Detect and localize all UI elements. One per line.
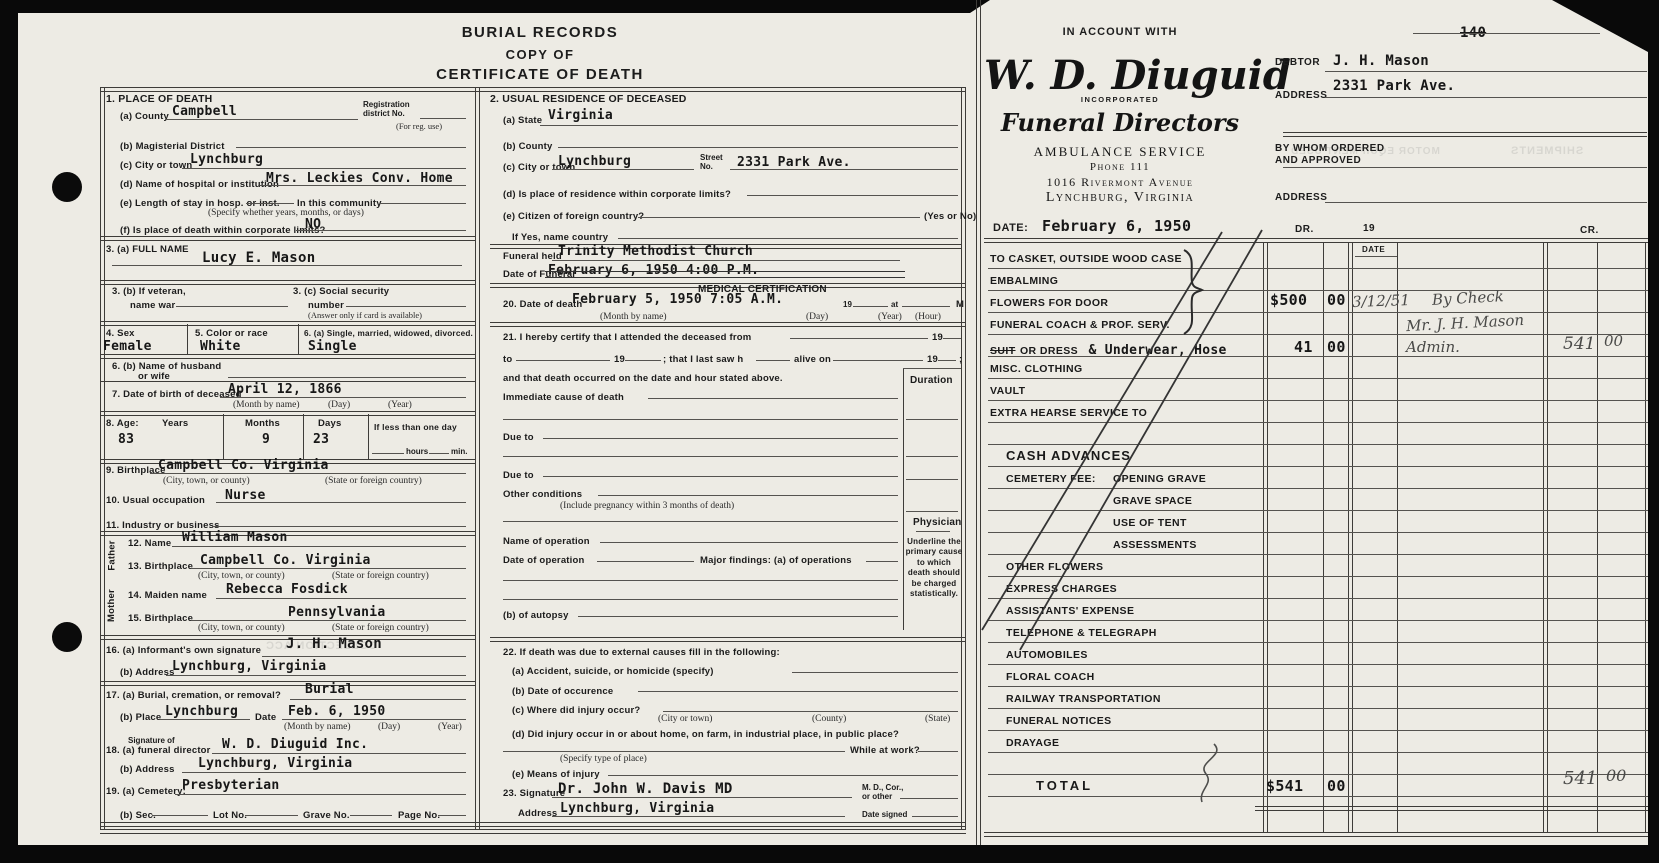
dob-label: 7. Date of birth of deceased [112,389,242,400]
rule [350,815,392,816]
item-assessments: ASSESSMENTS [1113,539,1197,551]
phone-label: Phone 111 [984,161,1256,173]
rule [223,414,224,459]
rule [578,616,898,617]
county-label: (a) County [120,111,169,122]
rule [150,473,466,474]
rule [903,368,904,630]
item-drayage: DRAYAGE [1006,737,1059,749]
physician-note: Underline the primary cause to which dea… [905,537,963,599]
item-use-of-tent: USE OF TENT [1113,517,1187,529]
rule [165,119,358,120]
sec-label: (b) Sec. [120,810,156,821]
rule [262,656,466,657]
rule [988,268,1648,269]
rule [187,324,188,354]
item-misc-clothing: MISC. CLOTHING [990,363,1083,375]
mother-bp-hint-2: (State or foreign country) [332,623,429,633]
age-label: 8. Age: [106,418,139,429]
rule [182,772,466,773]
rule [503,456,898,457]
rule [100,87,105,829]
rule [438,815,466,816]
certify-19c: 19 [927,354,938,365]
item-underwear-typed: & Underwear, Hose [1088,343,1226,358]
physician-signature-value: Dr. John W. Davis MD [558,781,733,797]
full-name-value: Lucy E. Mason [202,250,315,266]
registration-label: Registration [363,100,410,109]
burial-date-value: Feb. 6, 1950 [288,704,386,719]
item-or-dress: OR DRESS [1020,345,1078,357]
rule [988,334,1648,335]
rule [558,147,958,148]
scanned-burial-record: BURIAL RECORDS COPY OF CERTIFICATE OF DE… [0,0,1659,863]
ledger-date-label: DATE: [993,222,1028,234]
maiden-name-value: Rebecca Fosdick [226,582,348,597]
due-to-2-label: Due to [503,470,534,481]
funeral-held-value: Trinity Methodist Church [558,244,753,259]
burial-date-label: Date [255,712,276,723]
date-of-operation-label: Date of operation [503,555,585,566]
page-no-label: Page No. [398,810,440,821]
item-embalming: EMBALMING [990,275,1058,287]
credit-amount-dollars: 541 [1563,334,1595,354]
item-assistants-expense: ASSISTANTS' EXPENSE [1006,605,1134,617]
rule [988,752,1648,753]
rule [618,238,958,239]
corporate-limits-label: (f) Is place of death within corporate l… [120,225,326,236]
mother-bp-hint-1: (City, town, or county) [198,623,285,633]
physician-address-value: Lynchburg, Virginia [560,801,714,816]
rule [988,312,1648,313]
rule [543,476,898,477]
rule [420,118,466,119]
incorporated-label: INCORPORATED [984,95,1256,104]
dob-hint-year: (Year) [388,400,412,410]
if-yes-label: If Yes, name country [512,232,608,243]
certify-semi: ; [959,354,962,365]
injury-hint-state: (State) [925,714,950,724]
cash-advances-heading: CASH ADVANCES [1006,448,1131,463]
rule [906,479,958,480]
rule [988,400,1648,401]
other-conditions-label: Other conditions [503,489,582,500]
rule [598,495,898,496]
rule [100,321,475,326]
cemetery-value: Presbyterian [182,778,280,793]
rule [100,87,966,92]
md-cor-label-2: or other [862,792,892,801]
firm-name: W. D. Diuguid [984,52,1256,99]
item-vault: VAULT [990,385,1025,397]
rule [282,719,466,720]
pregnancy-hint: (Include pregnancy within 3 months of de… [560,501,734,511]
rule [429,453,449,454]
informant-label: 16. (a) Informant's own signature [106,645,261,656]
rule [1597,242,1598,832]
city-label: (c) City or town [120,160,192,171]
rule [988,642,1648,643]
father-side-label: Father [107,540,118,570]
rule [100,280,475,285]
rule [166,675,466,676]
rule [988,620,1648,621]
rule [961,87,966,829]
months-label: Months [245,418,280,429]
hours-label: hours [406,447,428,456]
rule [938,360,956,361]
due-to-1-label: Due to [503,432,534,443]
certify-to: to [503,354,512,365]
magisterial-label: (b) Magisterial District [120,141,225,152]
foreign-label: (e) Citizen of foreign country? [503,211,644,222]
full-name-label: 3. (a) FULL NAME [106,244,189,255]
ssn-label: 3. (c) Social security [293,286,389,297]
rule [625,360,661,361]
district-no-label: district No. [363,109,405,118]
where-injury-label: (c) Where did injury occur? [512,705,640,716]
item-automobiles: AUTOMOBILES [1006,649,1088,661]
rule [988,532,1648,533]
immediate-cause-label: Immediate cause of death [503,392,624,403]
type-of-place-hint: (Specify type of place) [560,754,647,764]
item-telephone-telegraph: TELEPHONE & TELEGRAPH [1006,627,1157,639]
rule [552,816,845,817]
birthplace-hint-1: (City, town, or county) [163,476,250,486]
rule [1348,242,1353,832]
rule [918,751,958,752]
year-19-header: 19 [1363,223,1375,234]
ambulance-service-label: AMBULANCE SERVICE [984,144,1256,160]
hospital-value: Mrs. Leckies Conv. Home [266,171,453,186]
informant-address-label: (b) Address [120,667,175,678]
rule [988,598,1648,599]
rule [503,751,845,752]
date-of-death-label: 20. Date of death [503,299,582,310]
rule [182,168,466,169]
rule [516,360,610,361]
rule [1355,256,1397,257]
dr-column-header: DR. [1295,224,1314,235]
dod-hint-day: (Day) [806,312,828,322]
rule [192,620,466,621]
mother-birthplace-label: 15. Birthplace [128,613,193,624]
rule [988,378,1648,379]
dod-hint-hour: (Hour) [915,312,941,322]
injury-hint-city: (City or town) [658,714,712,724]
rule [220,397,466,398]
total-dr-cents: 00 [1327,777,1346,795]
rule [236,147,466,148]
mother-birthplace-value: Pennsylvania [288,605,386,620]
rule [1283,167,1647,168]
rule [912,816,958,817]
hospital-label: (d) Name of hospital or institution [120,179,279,190]
rule [372,453,404,454]
item-other-flowers: OTHER FLOWERS [1006,561,1103,573]
certify-saw: ; that I last saw h [663,354,743,365]
rule [1283,132,1647,137]
dob-hint-day: (Day) [328,400,350,410]
rule [790,338,928,339]
city-state-label: Lynchburg, Virginia [984,190,1256,206]
birthplace-value: Campbell Co. Virginia [158,458,329,473]
days-label: Days [318,418,342,429]
rule [290,699,466,700]
item-casket: TO CASKET, OUTSIDE WOOD CASE [990,253,1182,265]
burial-hint-day: (Day) [378,722,400,732]
credit-date: 3/12/51 [1352,291,1410,311]
race-label: 5. Color or race [195,328,268,339]
res-county-label: (b) County [503,141,553,152]
days-value: 23 [313,432,329,447]
debtor-value: J. H. Mason [1333,53,1429,69]
rule [988,290,1648,291]
dod-at: at [891,300,898,309]
father-name-value: William Mason [182,530,288,545]
rule [503,580,898,581]
rule [192,568,466,569]
rule [916,531,950,532]
rule [172,546,466,547]
rule [1397,242,1398,832]
rule [490,637,966,642]
total-cr-dollars: 541 [1563,768,1597,789]
credit-payer-role: Admin. [1406,338,1460,356]
cr-column-header: CR. [1580,225,1599,236]
rule [1325,71,1647,72]
ghost-collection: COLLECTION ACC [265,640,377,652]
cert-title-3: CERTIFICATE OF DEATH [340,66,740,83]
rule [597,561,694,562]
dod-19: 19 [843,300,852,309]
rule [212,753,466,754]
birthplace-label: 9. Birthplace [106,465,166,476]
rule [1543,242,1548,832]
rule [212,526,466,527]
rule [988,444,1648,445]
rule [984,238,1648,243]
father-name-label: 12. Name [128,538,171,549]
years-value: 83 [118,432,134,447]
accident-label: (a) Accident, suicide, or homicide (spec… [512,666,714,677]
signature-of-label: Signature of [128,736,175,745]
rule [216,502,466,503]
rule [245,815,298,816]
rule [988,774,1648,775]
item-suit-struck: SUIT [990,345,1016,357]
injury-hint-county: (County) [812,714,846,724]
rule [100,354,475,359]
rule [1413,33,1600,34]
rule [152,815,208,816]
total-dr-dollars: $541 [1266,777,1303,795]
credit-by-check: By Check [1432,287,1505,309]
funeral-directors-label: Funeral Directors [984,108,1256,137]
state-label: (a) State [503,115,542,126]
rule [903,368,961,369]
rule [380,203,466,204]
funeral-director-value: W. D. Diuguid Inc. [222,737,368,752]
certify-line1: 21. I hereby certify that I attended the… [503,332,751,343]
father-birthplace-label: 13. Birthplace [128,561,193,572]
item-extra-hearse: EXTRA HEARSE SERVICE TO [990,407,1147,419]
item-suit-dress: SUIT OR DRESS & Underwear, Hose [990,341,1227,359]
certify-line3: and that death occurred on the date and … [503,373,783,384]
rule [638,691,958,692]
debtor-label: DEBTOR [1275,57,1320,68]
cemetery-label: 19. (a) Cemetery: [106,786,186,797]
amount-41-cents: 00 [1327,338,1346,356]
lot-no-label: Lot No. [213,810,247,821]
veteran-label: 3. (b) If veteran, [112,286,186,297]
rule [503,521,898,522]
rule [100,236,475,241]
rule [792,672,958,673]
rule [346,306,466,307]
rule [906,419,958,420]
orderer-address-label: ADDRESS [1275,192,1327,203]
item-express-charges: EXPRESS CHARGES [1006,583,1117,595]
rule [988,510,1648,511]
date-of-death-value: February 5, 1950 7:05 A.M. [572,292,783,307]
rule [988,796,1648,797]
rule [228,377,466,378]
rule [906,511,958,512]
street-value: 2331 Park Ave. [737,155,851,170]
rule [216,598,466,599]
occurrence-label: (b) Date of occurence [512,686,613,697]
punch-hole-bottom [52,622,82,652]
city-value: Lynchburg [190,152,263,167]
burial-place-value: Lynchburg [165,704,238,719]
rule [490,322,966,327]
occupation-label: 10. Usual occupation [106,495,205,506]
item-cemetery-fee: CEMETERY FEE: [1006,473,1096,485]
duration-label: Duration [910,375,953,386]
total-cr-cents: 00 [1606,766,1626,785]
physician-address-label: Address [518,808,557,819]
street-no-label: No. [700,162,713,171]
rule [756,360,790,361]
while-at-work-label: While at work? [850,745,920,756]
means-of-injury-label: (e) Means of injury [512,769,600,780]
rule [112,265,462,266]
burial-hint-year: (Year) [438,722,462,732]
state-value: Virginia [548,108,613,123]
father-birthplace-value: Campbell Co. Virginia [200,553,371,568]
item-floral-coach: FLORAL COACH [1006,671,1095,683]
maiden-name-label: 14. Maiden name [128,590,207,601]
rule [988,554,1648,555]
rule [100,822,966,827]
dob-value: April 12, 1866 [228,382,342,397]
burial-type-label: 17. (a) Burial, cremation, or removal? [106,690,281,701]
rule [1263,242,1268,832]
rule [988,708,1648,709]
amount-41-dollars: 41 [1294,338,1313,356]
less-than-day-label: If less than one day [374,422,457,432]
rule [1255,806,1648,811]
rule [900,798,958,799]
rule [866,561,898,562]
grave-no-label: Grave No. [303,810,350,821]
rule [543,438,898,439]
credit-amount-cents: 00 [1604,332,1623,350]
ghost-motor-equipment: MOTOR EQUIPMENT USED [1290,146,1440,157]
ledger-date-value: February 6, 1950 [1042,217,1191,235]
rule [545,271,905,272]
rule [368,414,369,459]
funeral-director-label: 18. (a) funeral director [106,745,211,756]
rule [100,829,966,834]
marital-value: Single [308,339,357,354]
yes-no-hint: (Yes or No) [924,211,976,222]
rule [1323,242,1324,832]
name-war-label: name war [130,300,175,311]
name-of-operation-label: Name of operation [503,536,590,547]
informant-address-value: Lynchburg, Virginia [172,659,326,674]
rule [988,466,1648,467]
rule [260,185,466,186]
min-label: min. [451,447,467,456]
rule [552,797,852,798]
date-subcolumn-header: DATE [1362,245,1385,254]
birthplace-hint-2: (State or foreign country) [325,476,422,486]
sex-label: 4. Sex [106,328,135,339]
rule [730,169,958,170]
burial-place-label: (b) Place [120,712,161,723]
rule [1325,97,1647,98]
rule [552,169,694,170]
rule [540,125,958,126]
rule [984,832,1648,837]
rule [988,664,1648,665]
certify-19b: 19 [614,354,625,365]
dob-hint-month: (Month by name) [233,400,300,410]
street-address-label: 1016 Rivermont Avenue [984,175,1256,190]
rule [608,775,958,776]
rule [545,277,905,278]
ghost-shipments: SHIPMENTS [1510,145,1583,157]
rule [906,456,958,457]
item-railway: RAILWAY TRANSPORTATION [1006,693,1161,705]
item-funeral-coach: FUNERAL COACH & PROF. SERV. [990,319,1170,331]
rule [600,542,898,543]
res-corporate-label: (d) Is place of residence within corpora… [503,189,731,200]
marital-label: 6. (a) Single, married, widowed, divorce… [304,329,473,338]
father-bp-hint-1: (City, town, or county) [198,571,285,581]
ssn-hint: (Answer only if card is available) [308,310,422,320]
father-bp-hint-2: (State or foreign country) [332,571,429,581]
rule [475,87,480,829]
cert-title-1: BURIAL RECORDS [340,24,740,41]
rule [1645,242,1646,832]
rule [988,686,1648,687]
rule [988,422,1648,423]
occupation-value: Nurse [225,488,266,503]
months-value: 9 [262,432,270,447]
cert-title-2: COPY OF [340,47,740,62]
mother-side-label: Mother [106,589,117,622]
rule [853,306,888,307]
rule [988,730,1648,731]
amount-500-dollars: $500 [1270,291,1307,309]
item-flowers-door: FLOWERS FOR DOOR [990,297,1108,309]
rule [100,411,475,416]
rule [296,230,466,231]
debtor-address-value: 2331 Park Ave. [1333,78,1455,94]
